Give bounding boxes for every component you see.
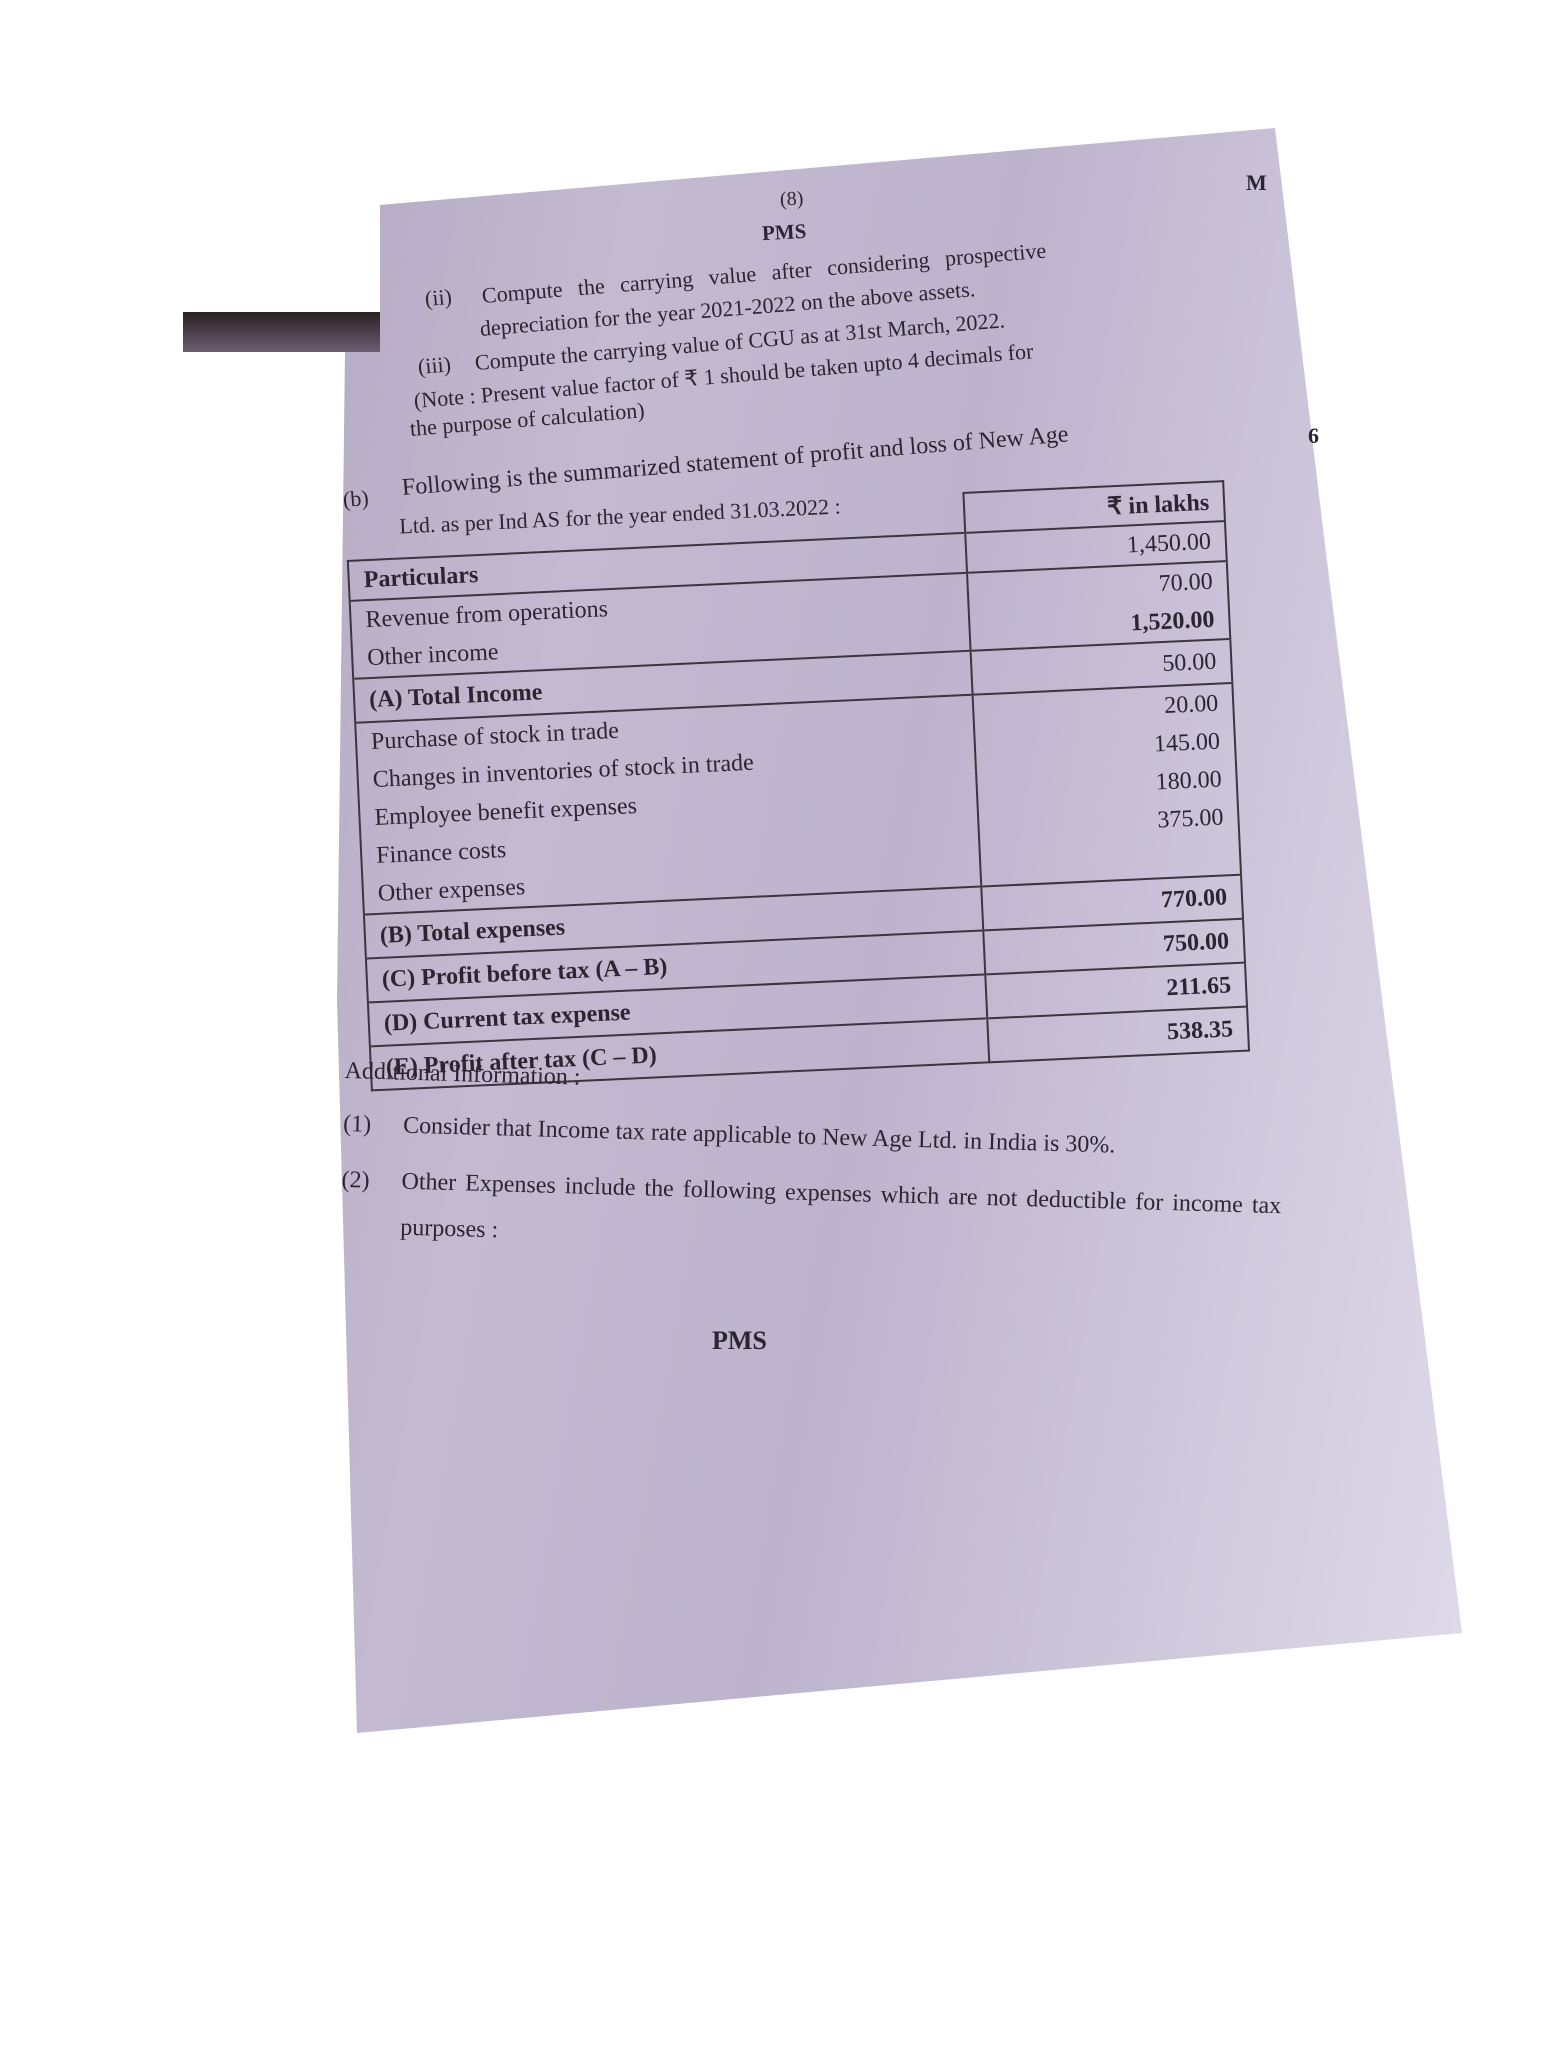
question-iii-num: (iii) [417, 351, 452, 380]
paper-code-footer: PMS [712, 1326, 767, 1356]
profit-loss-table: ₹ in lakhs Particulars 1,450.00 Revenue … [345, 480, 1250, 1091]
marks-indicator: 6 [1308, 423, 1319, 449]
profit-loss-statement: Ltd. as per Ind AS for the year ended 31… [345, 479, 1280, 1092]
item-number: (1) [343, 1101, 404, 1149]
paper-code-header: PMS [761, 219, 807, 246]
part-b-label: (b) [342, 485, 370, 513]
page-content: (8) PMS M 6 (ii) Compute the carrying va… [0, 0, 1550, 2067]
additional-info-item: (2) Other Expenses include the following… [340, 1157, 1282, 1275]
page-number: (8) [779, 187, 803, 211]
additional-information: Additional Information : (1) Consider th… [339, 1058, 1284, 1285]
margin-marker-top: M [1246, 170, 1267, 196]
item-number: (2) [340, 1157, 403, 1251]
question-ii-num: (ii) [424, 284, 453, 312]
item-text: Other Expenses include the following exp… [400, 1159, 1282, 1276]
